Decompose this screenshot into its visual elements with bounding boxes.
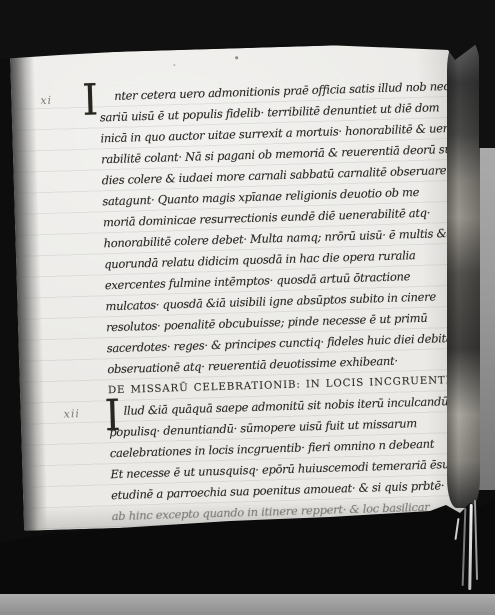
bottom-scale-bar: [0, 594, 495, 615]
text-block: nter cetera uero admonitionis praē offic…: [99, 76, 460, 527]
manuscript-page: xi xii I I nter cetera uero admonitionis…: [10, 42, 465, 531]
chapter-number-xii: xii: [63, 407, 80, 420]
ink-speck: [173, 64, 175, 66]
page-stack-edge: [479, 140, 495, 490]
decorated-initial-xi: I: [82, 79, 99, 123]
chapter-number-xi: xi: [40, 94, 52, 107]
manuscript-photo: xi xii I I nter cetera uero admonitionis…: [0, 0, 495, 615]
fore-edge-shadow: [447, 40, 480, 508]
ink-speck: [235, 56, 238, 59]
